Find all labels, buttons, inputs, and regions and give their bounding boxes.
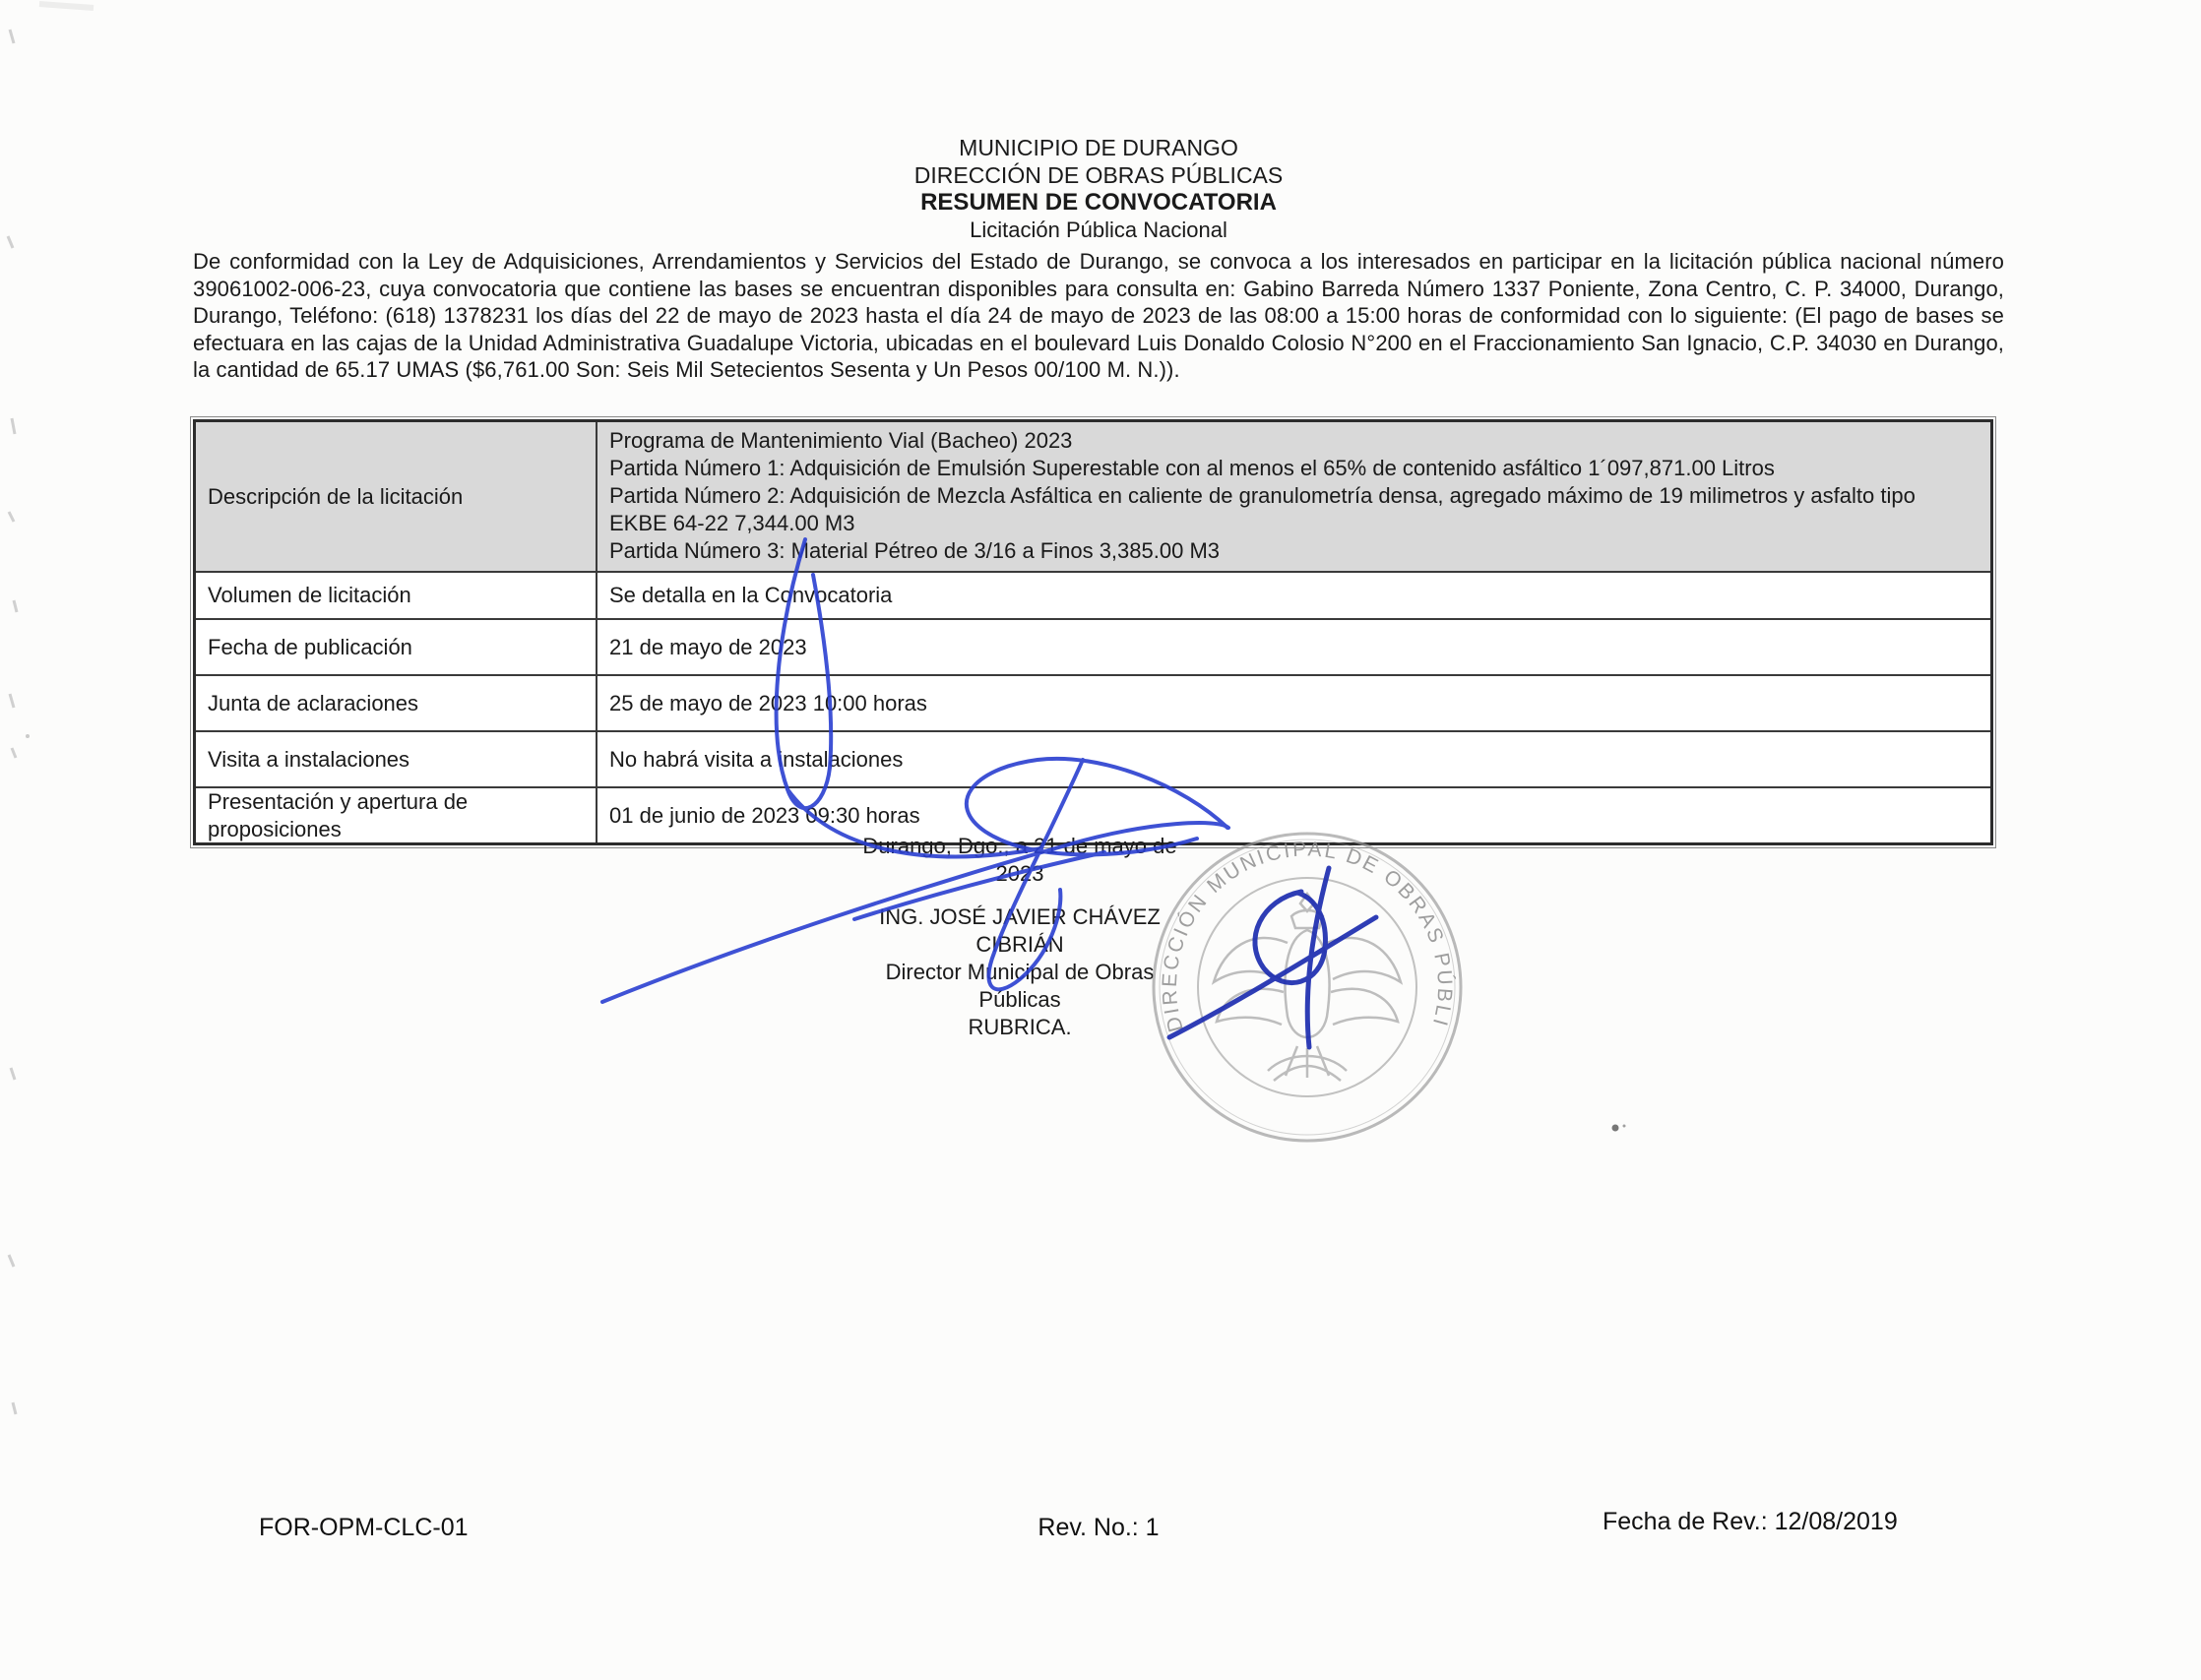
row-label: Presentación y apertura de proposiciones <box>196 788 597 842</box>
scanned-document-page: MUNICIPIO DE DURANGO DIRECCIÓN DE OBRAS … <box>0 0 2201 1680</box>
row-label: Descripción de la licitación <box>196 422 597 571</box>
desc-line-1: Programa de Mantenimiento Vial (Bacheo) … <box>609 427 1977 455</box>
document-subtitle: Licitación Pública Nacional <box>193 217 2004 244</box>
document-header: MUNICIPIO DE DURANGO DIRECCIÓN DE OBRAS … <box>193 134 2004 244</box>
row-label: Visita a instalaciones <box>196 732 597 786</box>
header-municipality: MUNICIPIO DE DURANGO <box>193 134 2004 161</box>
signature-ink <box>571 522 1398 1063</box>
intro-paragraph: De conformidad con la Ley de Adquisicion… <box>193 248 2004 384</box>
row-label: Junta de aclaraciones <box>196 676 597 730</box>
row-label: Volumen de licitación <box>196 573 597 618</box>
desc-line-2: Partida Número 1: Adquisición de Emulsió… <box>609 455 1977 482</box>
footer-revision-date: Fecha de Rev.: 12/08/2019 <box>1603 1508 1898 1536</box>
document-title: RESUMEN DE CONVOCATORIA <box>193 189 2004 217</box>
header-department: DIRECCIÓN DE OBRAS PÚBLICAS <box>193 161 2004 189</box>
row-label: Fecha de publicación <box>196 620 597 674</box>
